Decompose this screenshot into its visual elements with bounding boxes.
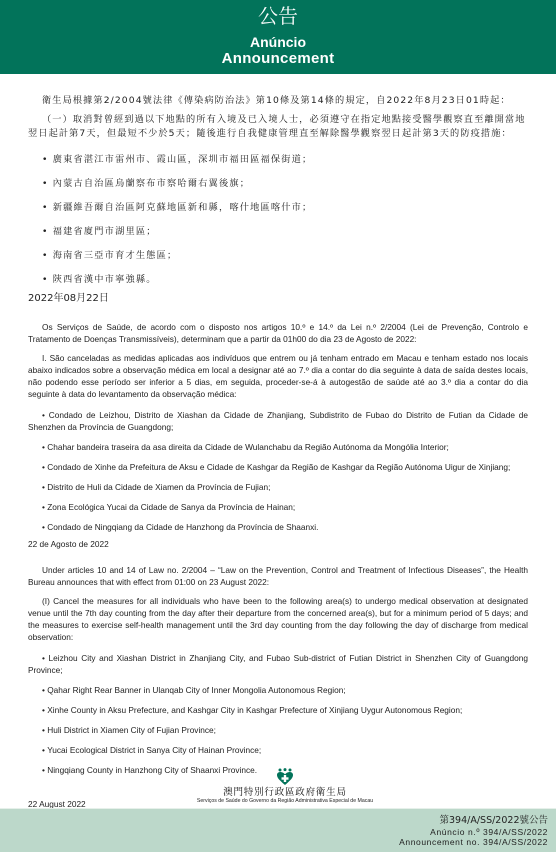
- health-bureau-logo: 澳門特別行政區政府衛生局 Serviços de Saúde do Govern…: [170, 768, 400, 805]
- english-intro: Under articles 10 and 14 of Law no. 2/20…: [28, 564, 528, 588]
- chinese-intro: 衛生局根據第2/2004號法律《傳染病防治法》第10條及第14條的規定，自202…: [28, 94, 528, 108]
- title-portuguese: Anúncio: [0, 34, 556, 50]
- chinese-date: 2022年08月22日: [28, 293, 528, 305]
- english-list-item: Huli District in Xiamen City of Fujian P…: [28, 724, 528, 736]
- reference-chinese: 第394/A/SS/2022號公告: [399, 814, 548, 827]
- announcement-footer: 第394/A/SS/2022號公告 Anúncio n.º 394/A/SS/2…: [0, 808, 556, 852]
- title-english: Announcement: [0, 50, 556, 68]
- announcement-body: 衛生局根據第2/2004號法律《傳染病防治法》第10條及第14條的規定，自202…: [28, 94, 528, 810]
- english-list-item: Leizhou City and Xiashan District in Zha…: [28, 652, 528, 676]
- chinese-clause-1: （一）取消對曾經到過以下地點的所有入境及已入境人士，必須遵守在指定地點接受醫學觀…: [28, 113, 528, 141]
- health-bureau-heart-cross-icon: [276, 768, 294, 786]
- reference-english: Announcement no. 394/A/SS/2022: [399, 837, 548, 847]
- chinese-list-item: 海南省三亞市育才生態區；: [28, 249, 528, 263]
- portuguese-list-item: Chahar bandeira traseira da asa direita …: [28, 441, 528, 453]
- chinese-list-item: 廣東省湛江市雷州市、霞山區，深圳市福田區福保街道；: [28, 153, 528, 167]
- english-list-item: Xinhe County in Aksu Prefecture, and Kas…: [28, 704, 528, 716]
- english-list-item: Yucai Ecological District in Sanya City …: [28, 744, 528, 756]
- chinese-list-item: 福建省廈門市湖里區；: [28, 225, 528, 239]
- health-bureau-name-portuguese: Serviços de Saúde do Governo da Região A…: [170, 798, 400, 805]
- chinese-list-item: 新疆維吾爾自治區阿克蘇地區新和縣，喀什地區喀什市；: [28, 201, 528, 215]
- portuguese-section: Os Serviços de Saúde, de acordo com o di…: [28, 321, 528, 550]
- english-clause-1: (I) Cancel the measures for all individu…: [28, 595, 528, 643]
- portuguese-clause-1: I. São canceladas as medidas aplicadas a…: [28, 352, 528, 400]
- portuguese-list-item: Condado de Leizhou, Distrito de Xiashan …: [28, 409, 528, 433]
- english-list-item: Qahar Right Rear Banner in Ulanqab City …: [28, 684, 528, 696]
- portuguese-list-item: Distrito de Huli da Cidade de Xiamen da …: [28, 481, 528, 493]
- portuguese-intro: Os Serviços de Saúde, de acordo com o di…: [28, 321, 528, 345]
- announcement-reference: 第394/A/SS/2022號公告 Anúncio n.º 394/A/SS/2…: [399, 814, 548, 847]
- chinese-list-item: 陝西省漢中市寧強縣。: [28, 273, 528, 287]
- health-bureau-name-chinese: 澳門特別行政區政府衛生局: [170, 787, 400, 798]
- portuguese-date: 22 de Agosto de 2022: [28, 538, 528, 550]
- title-chinese: 公告: [0, 5, 556, 27]
- portuguese-list-item: Condado de Ningqiang da Cidade de Hanzho…: [28, 521, 528, 533]
- announcement-header: 公告 Anúncio Announcement: [0, 0, 556, 74]
- portuguese-list-item: Zona Ecológica Yucai da Cidade de Sanya …: [28, 501, 528, 513]
- reference-portuguese: Anúncio n.º 394/A/SS/2022: [399, 827, 548, 837]
- chinese-list-item: 內蒙古自治區烏蘭察布市察哈爾右翼後旗；: [28, 177, 528, 191]
- portuguese-list-item: Condado de Xinhe da Prefeitura de Aksu e…: [28, 461, 528, 473]
- chinese-section: 衛生局根據第2/2004號法律《傳染病防治法》第10條及第14條的規定，自202…: [28, 94, 528, 305]
